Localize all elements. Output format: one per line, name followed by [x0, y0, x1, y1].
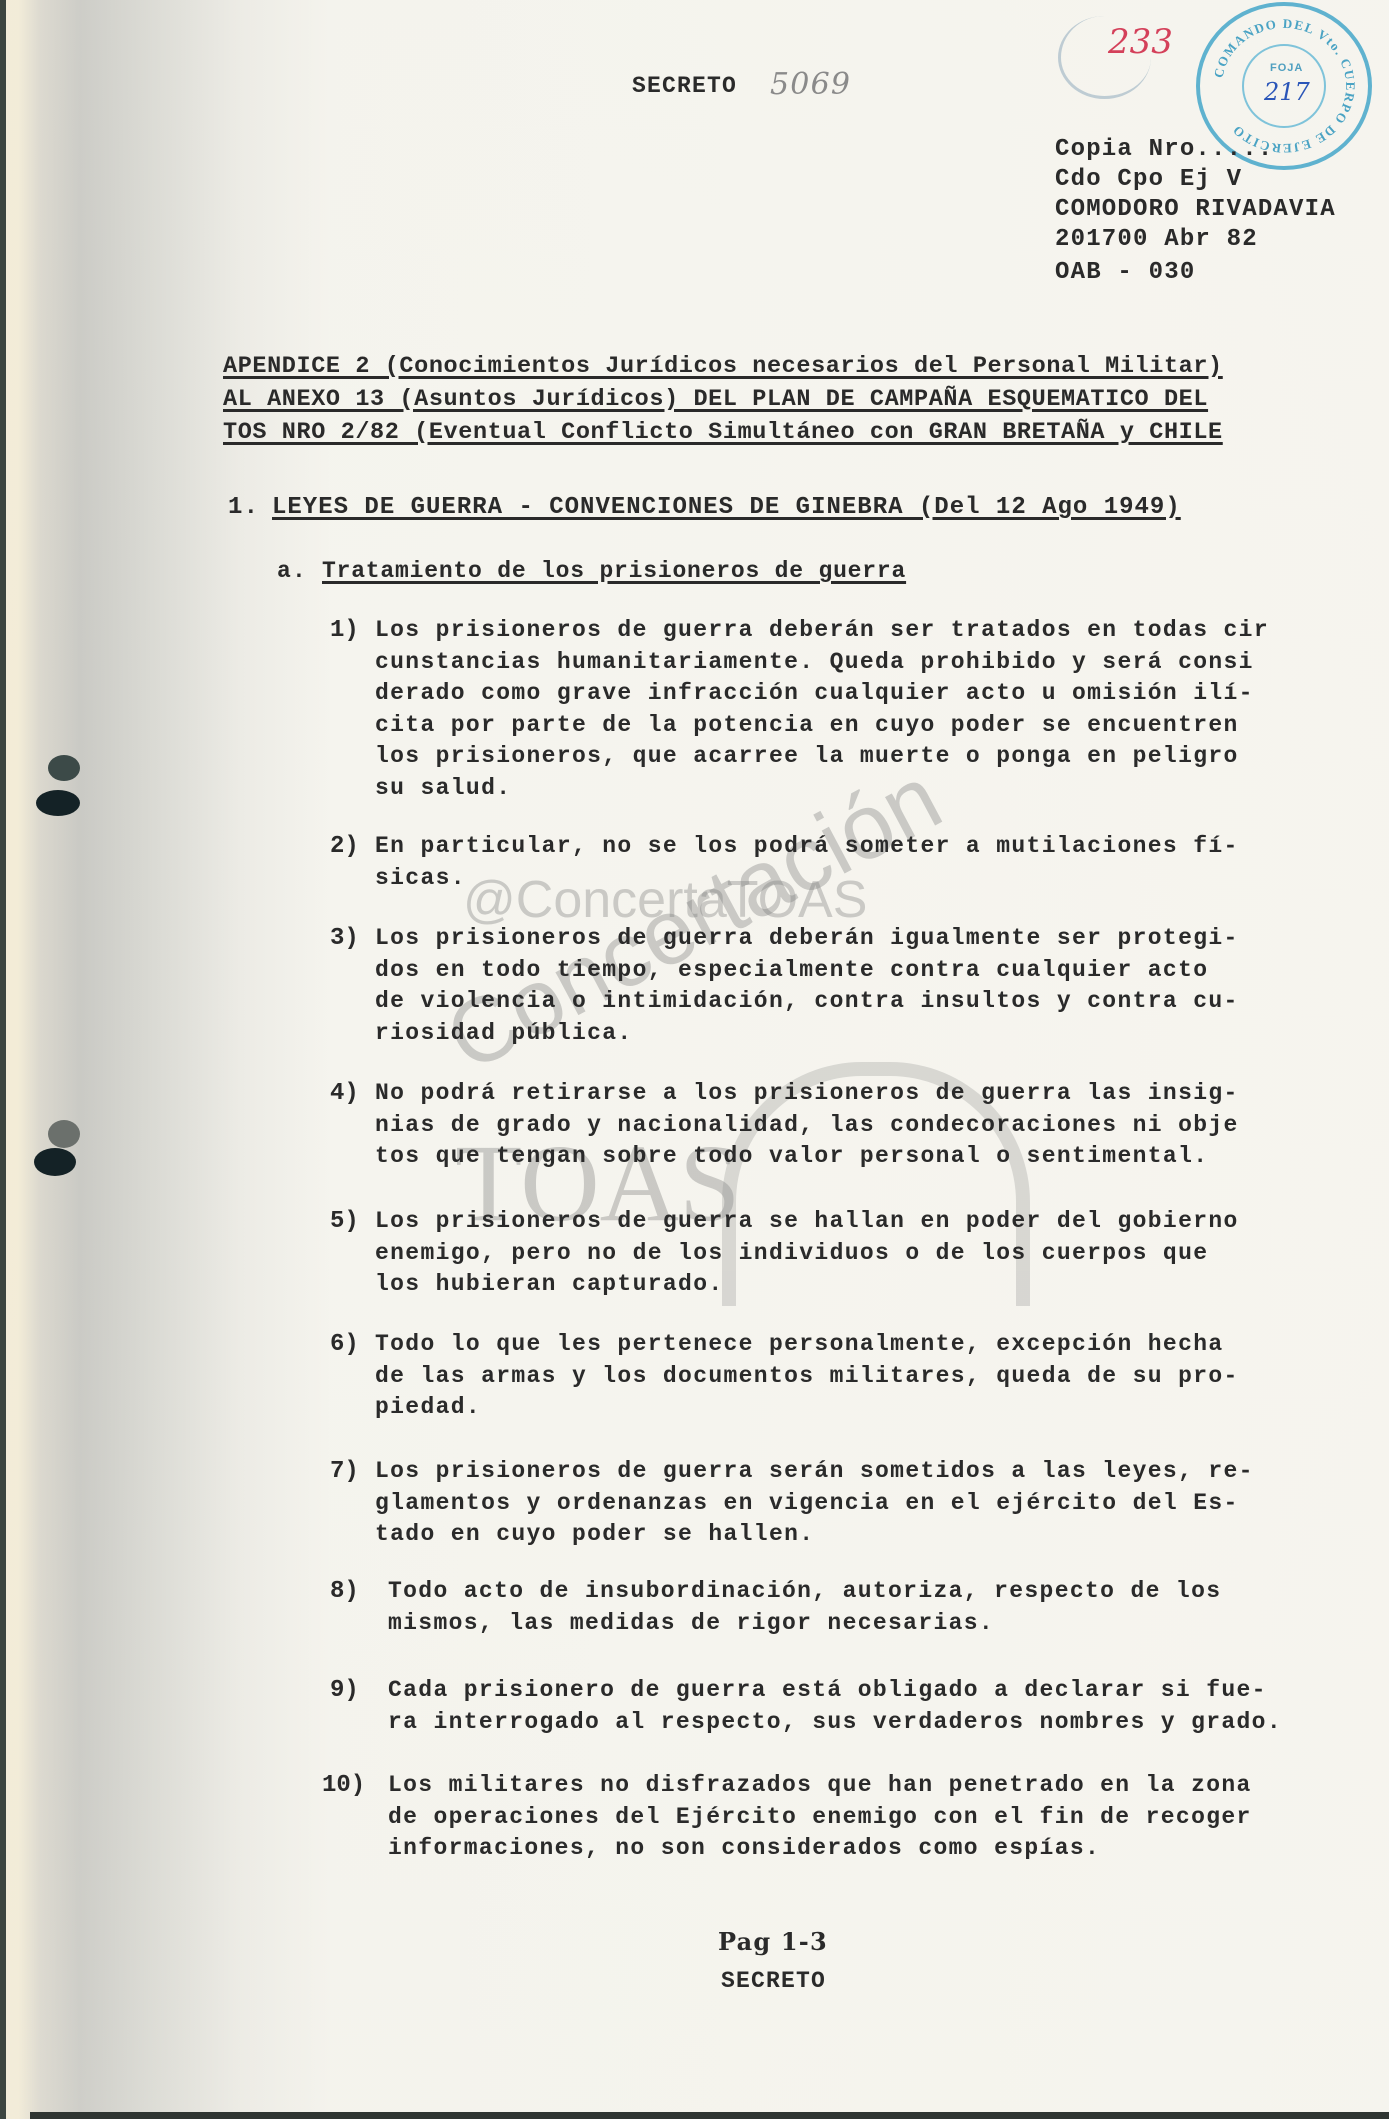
scan-left-edge [0, 0, 6, 2119]
list-item-line: su salud. [375, 775, 511, 801]
location: COMODORO RIVADAVIA [1055, 198, 1336, 222]
issuing-command: Cdo Cpo Ej V [1055, 168, 1242, 192]
stamp-number: 217 [1264, 78, 1310, 106]
section-number: 1. [228, 496, 259, 520]
list-item-line: Todo acto de insubordinación, autoriza, … [388, 1578, 1221, 1604]
list-item-line: de violencia o intimidación, contra insu… [375, 988, 1239, 1014]
list-item-number: 10) [322, 1772, 365, 1799]
list-item-line: cita por parte de la potencia en cuyo po… [375, 712, 1239, 738]
punch-hole-icon [48, 755, 80, 781]
list-item-line: tos que tengan sobre todo valor personal… [375, 1143, 1208, 1169]
list-item-line: Los prisioneros de guerra serán sometido… [375, 1458, 1254, 1484]
list-item-line: de las armas y los documentos militares,… [375, 1363, 1239, 1389]
list-item-line: Los militares no disfrazados que han pen… [388, 1772, 1252, 1798]
list-item-line: los prisioneros, que acarree la muerte o… [375, 743, 1239, 769]
list-item-number: 7) [330, 1458, 359, 1485]
list-item-line: Los prisioneros de guerra deberán igualm… [375, 925, 1239, 951]
list-item-line: piedad. [375, 1394, 481, 1420]
list-item-number: 5) [330, 1208, 359, 1235]
copy-number: Copia Nro..... [1055, 138, 1273, 162]
page-number: Pag 1-3 [718, 1930, 828, 1954]
list-item-line: los hubieran capturado. [375, 1271, 724, 1297]
list-item-line: Los prisioneros de guerra se hallan en p… [375, 1208, 1239, 1234]
list-item-line: riosidad pública. [375, 1020, 633, 1046]
subsection-title: Tratamiento de los prisioneros de guerra [322, 560, 906, 583]
punch-hole-icon [48, 1120, 80, 1148]
list-item-number: 4) [330, 1080, 359, 1107]
list-item-number: 1) [330, 617, 359, 644]
list-item-line: enemigo, pero no de los individuos o de … [375, 1240, 1208, 1266]
document-title-line: TOS NRO 2/82 (Eventual Conflicto Simultá… [223, 421, 1223, 445]
list-item-number: 6) [330, 1331, 359, 1358]
list-item-line: nias de grado y nacionalidad, las condec… [375, 1112, 1239, 1138]
list-item-line: cunstancias humanitariamente. Queda proh… [375, 649, 1254, 675]
red-folio-number: 233 [1108, 22, 1173, 62]
list-item-line: sicas. [375, 865, 466, 891]
list-item-line: ra interrogado al respecto, sus verdader… [388, 1709, 1282, 1735]
stamp-label: FOJA [1270, 62, 1303, 74]
handwritten-note: 5069 [770, 70, 851, 100]
subsection-letter: a. [277, 560, 307, 583]
reference-code: OAB - 030 [1055, 261, 1195, 285]
punch-hole-icon [36, 790, 80, 816]
document-title-line: AL ANEXO 13 (Asuntos Jurídicos) DEL PLAN… [223, 388, 1208, 412]
list-item-line: Los prisioneros de guerra deberán ser tr… [375, 617, 1269, 643]
list-item-number: 2) [330, 833, 359, 860]
scan-bottom-edge [30, 2112, 1389, 2119]
classification-bottom: SECRETO [721, 1970, 826, 1993]
list-item-line: Todo lo que les pertenece personalmente,… [375, 1331, 1224, 1357]
list-item-line: de operaciones del Ejército enemigo con … [388, 1804, 1252, 1830]
punch-hole-icon [34, 1148, 76, 1176]
list-item-line: tado en cuyo poder se hallen. [375, 1521, 814, 1547]
list-item-line: mismos, las medidas de rigor necesarias. [388, 1610, 994, 1636]
list-item-line: informaciones, no son considerados como … [388, 1835, 1100, 1861]
list-item-number: 3) [330, 925, 359, 952]
list-item-line: No podrá retirarse a los prisioneros de … [375, 1080, 1239, 1106]
section-title: LEYES DE GUERRA - CONVENCIONES DE GINEBR… [272, 496, 1181, 520]
list-item-line: derado como grave infracción cualquier a… [375, 680, 1254, 706]
paper-background [0, 0, 1389, 2119]
stamp-inner-circle: FOJA 217 [1242, 44, 1326, 128]
list-item-number: 8) [330, 1578, 359, 1605]
document-title-line: APENDICE 2 (Conocimientos Jurídicos nece… [223, 355, 1223, 379]
date-time-group: 201700 Abr 82 [1055, 228, 1258, 252]
list-item-line: glamentos y ordenanzas en vigencia en el… [375, 1490, 1239, 1516]
classification-top: SECRETO [632, 75, 737, 98]
list-item-line: Cada prisionero de guerra está obligado … [388, 1677, 1267, 1703]
list-item-number: 9) [330, 1677, 359, 1704]
list-item-line: dos en todo tiempo, especialmente contra… [375, 957, 1208, 983]
list-item-line: En particular, no se los podrá someter a… [375, 833, 1239, 859]
